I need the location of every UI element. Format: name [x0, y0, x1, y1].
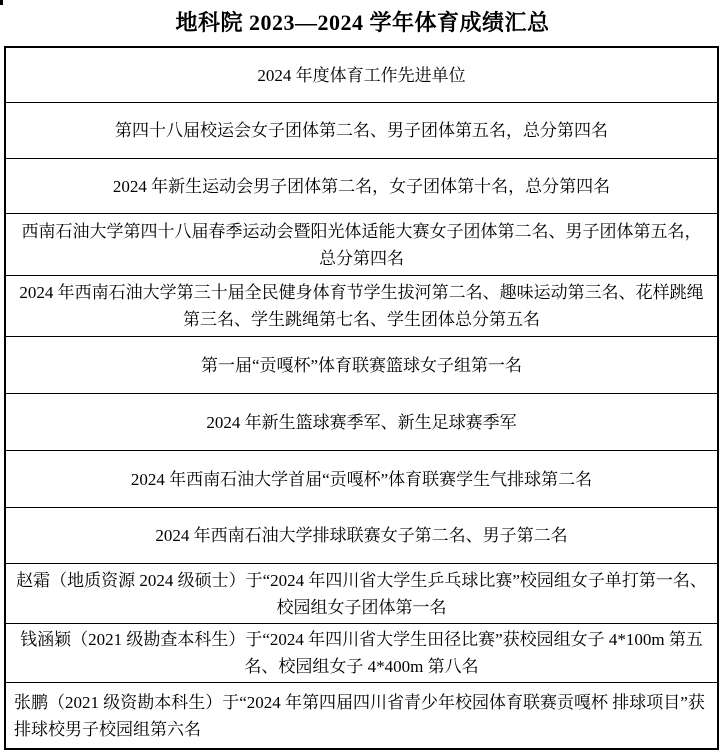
sports-results-table: 2024 年度体育工作先进单位 第四十八届校运会女子团体第二名、男子团体第五名，… [4, 46, 719, 750]
table-row: 张鹏（2021 级资勘本科生）于“2024 年第四届四川省青少年校园体育联赛贡嘎… [6, 682, 717, 748]
screen-edge-artifact [0, 0, 3, 5]
table-row: 第一届“贡嘎杯”体育联赛篮球女子组第一名 [6, 336, 717, 393]
table-row: 2024 年西南石油大学首届“贡嘎杯”体育联赛学生气排球第二名 [6, 450, 717, 507]
table-row: 2024 年西南石油大学第三十届全民健身体育节学生拔河第二名、趣味运动第三名、花… [6, 275, 717, 336]
table-row: 钱涵颖（2021 级勘查本科生）于“2024 年四川省大学生田径比赛”获校园组女… [6, 623, 717, 682]
table-row: 2024 年度体育工作先进单位 [6, 48, 717, 102]
table-row: 西南石油大学第四十八届春季运动会暨阳光体适能大赛女子团体第二名、男子团体第五名，… [6, 213, 717, 275]
document-page: 地科院 2023—2024 学年体育成绩汇总 2024 年度体育工作先进单位 第… [0, 0, 725, 753]
table-row: 2024 年西南石油大学排球联赛女子第二名、男子第二名 [6, 507, 717, 563]
table-row: 第四十八届校运会女子团体第二名、男子团体第五名，总分第四名 [6, 102, 717, 158]
page-title: 地科院 2023—2024 学年体育成绩汇总 [0, 6, 725, 37]
table-row: 2024 年新生篮球赛季军、新生足球赛季军 [6, 393, 717, 450]
table-row: 赵霜（地质资源 2024 级硕士）于“2024 年四川省大学生乒乓球比赛”校园组… [6, 563, 717, 623]
table-row: 2024 年新生运动会男子团体第二名，女子团体第十名，总分第四名 [6, 158, 717, 213]
